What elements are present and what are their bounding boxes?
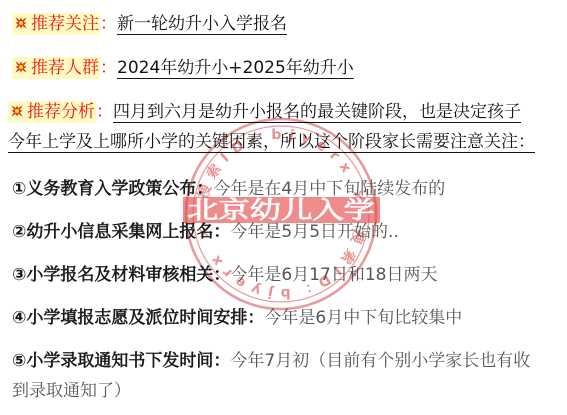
item-desc-line-2: 到录取通知了） [12,381,131,401]
item-desc: 今年是在4月中下旬陆续发布的 [213,179,445,199]
recommend-focus-content: 新一轮幼升小入学报名 [117,14,287,34]
recommend-audience-label-highlight: 推荐人群 [12,57,100,79]
item-number: ③ [12,265,26,285]
document-page: 搜索ID：bjyerx × 搜索ID：bjyerx × 北京幼儿入学 推荐关注：… [0,0,567,415]
timeline-item-material-review: ③小学报名及材料审核相关：今年是6月17日和18日两天 [12,260,555,290]
item-title: 义务教育入学政策公布： [26,179,213,199]
item-title: 小学填报志愿及派位时间安排： [26,308,264,328]
recommend-analysis-colon: ： [96,102,113,122]
item-number: ① [12,179,26,199]
item-title: 幼升小信息采集网上报名： [26,222,230,242]
timeline-item-lottery: ④小学填报志愿及派位时间安排：今年是6月中下旬比较集中 [12,303,555,333]
explosion-icon [9,103,25,119]
recommend-audience-row: 推荐人群：2024年幼升小+2025年幼升小 [12,53,555,83]
explosion-icon [13,59,29,75]
timeline-item-policy: ①义务教育入学政策公布：今年是在4月中下旬陆续发布的 [12,174,555,204]
item-title: 小学录取通知书下发时间： [26,351,230,371]
recommend-analysis-label-highlight: 推荐分析 [8,101,96,123]
timeline-item-admission-notice: ⑤小学录取通知书下发时间：今年7月初（目前有个别小学家长也有收到录取通知了） [12,346,555,406]
item-title: 小学报名及材料审核相关： [26,265,230,285]
recommend-audience-content: 2024年幼升小+2025年幼升小 [117,58,354,78]
item-desc: 今年是6月17日和18日两天 [230,265,437,285]
timeline-item-registration: ②幼升小信息采集网上报名：今年是5月5日开始的.. [12,217,555,247]
item-desc: 今年是6月中下旬比较集中 [264,308,462,328]
recommend-audience-label: 推荐人群 [31,58,99,78]
explosion-icon [13,15,29,31]
item-number: ④ [12,308,26,328]
analysis-line-1: 四月到六月是幼升小报名的最关键阶段，也是决定孩子 [113,102,521,122]
recommend-focus-label: 推荐关注 [31,14,99,34]
item-number: ⑤ [12,351,26,371]
recommend-focus-label-highlight: 推荐关注 [12,13,100,35]
recommend-audience-colon: ： [100,58,117,78]
recommend-analysis-paragraph: 推荐分析：四月到六月是幼升小报名的最关键阶段，也是决定孩子今年上学及上哪所小学的… [8,97,555,157]
recommend-focus-colon: ： [100,14,117,34]
recommend-focus-row: 推荐关注：新一轮幼升小入学报名 [12,9,555,39]
document-content: 推荐关注：新一轮幼升小入学报名 推荐人群：2024年幼升小+2025年幼升小 推… [12,9,555,406]
analysis-line-2: 今年上学及上哪所小学的关键因素，所以这个阶段家长需要注意关注： [8,132,535,152]
item-desc: 今年7月初（目前有个别小学家长也有收 [230,351,530,371]
item-number: ② [12,222,26,242]
item-desc: 今年是5月5日开始的.. [230,222,398,242]
recommend-analysis-label: 推荐分析 [27,102,95,122]
